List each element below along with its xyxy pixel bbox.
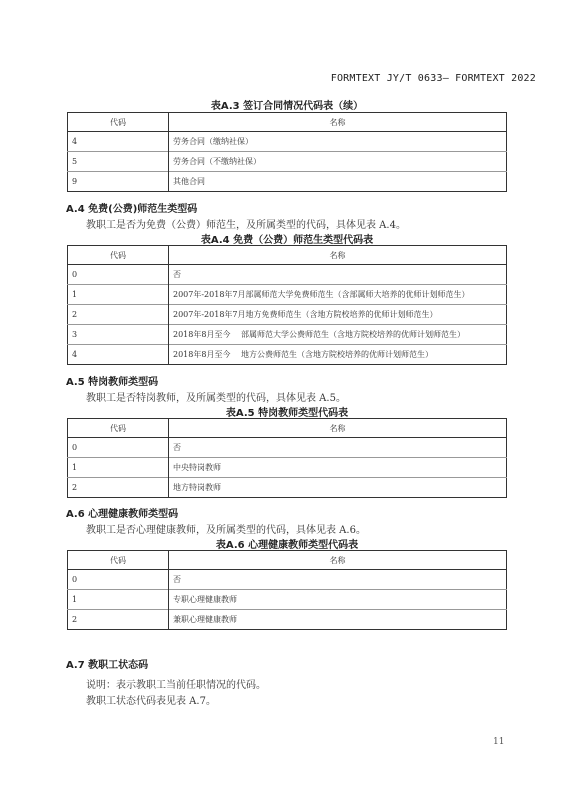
section-a6-heading: A.6 心理健康教师类型码 (66, 505, 178, 520)
table-a3: 代码 名称 4 劳务合同（缴纳社保） 5 劳务合同（不缴纳社保） 9 其他合同 (67, 112, 507, 192)
cell-code: 2 (68, 478, 169, 498)
section-a6-description: 教职工是否心理健康教师，及所属类型的代码，具体见表 A.6。 (86, 521, 366, 536)
cell-code: 1 (68, 590, 169, 610)
table-row: 1 专职心理健康教师 (68, 590, 507, 610)
cell-code: 1 (68, 458, 169, 478)
table-a5-caption: 表A.5 特岗教师类型代码表 (67, 404, 507, 419)
column-header-name: 名称 (169, 246, 507, 265)
cell-name: 地方特岗教师 (169, 478, 507, 498)
section-a5-description: 教职工是否特岗教师，及所属类型的代码，具体见表 A.5。 (86, 389, 346, 404)
section-a7-description-2: 教职工状态代码表见表 A.7。 (86, 692, 216, 707)
cell-code: 1 (68, 285, 169, 305)
cell-name: 2007年-2018年7月部属师范大学免费师范生（含部属师大培养的优师计划师范生… (169, 285, 507, 305)
column-header-code: 代码 (68, 551, 169, 570)
page-number: 11 (493, 737, 504, 747)
table-row: 3 2018年8月至今 部属师范大学公费师范生（含地方院校培养的优师计划师范生） (68, 325, 507, 345)
table-row: 4 劳务合同（缴纳社保） (68, 132, 507, 152)
cell-name: 否 (169, 570, 507, 590)
cell-code: 9 (68, 172, 169, 192)
cell-name: 兼职心理健康教师 (169, 610, 507, 630)
cell-name: 劳务合同（缴纳社保） (169, 132, 507, 152)
cell-code: 4 (68, 345, 169, 365)
table-a4-caption: 表A.4 免费（公费）师范生类型代码表 (67, 231, 507, 246)
table-a6: 代码 名称 0 否 1 专职心理健康教师 2 兼职心理健康教师 (67, 550, 507, 630)
cell-name: 专职心理健康教师 (169, 590, 507, 610)
cell-name: 否 (169, 438, 507, 458)
column-header-code: 代码 (68, 246, 169, 265)
table-row: 0 否 (68, 570, 507, 590)
section-a5-heading: A.5 特岗教师类型码 (66, 373, 158, 388)
table-row: 0 否 (68, 438, 507, 458)
column-header-name: 名称 (169, 419, 507, 438)
table-row: 1 中央特岗教师 (68, 458, 507, 478)
table-a6-caption: 表A.6 心理健康教师类型代码表 (67, 536, 507, 551)
table-row: 9 其他合同 (68, 172, 507, 192)
column-header-code: 代码 (68, 113, 169, 132)
cell-code: 2 (68, 305, 169, 325)
cell-code: 5 (68, 152, 169, 172)
column-header-code: 代码 (68, 419, 169, 438)
cell-name: 其他合同 (169, 172, 507, 192)
section-a7-heading: A.7 教职工状态码 (66, 656, 148, 671)
cell-name: 中央特岗教师 (169, 458, 507, 478)
table-header-row: 代码 名称 (68, 246, 507, 265)
cell-code: 3 (68, 325, 169, 345)
table-row: 5 劳务合同（不缴纳社保） (68, 152, 507, 172)
cell-name: 否 (169, 265, 507, 285)
cell-code: 0 (68, 265, 169, 285)
table-a5: 代码 名称 0 否 1 中央特岗教师 2 地方特岗教师 (67, 418, 507, 498)
cell-name: 2018年8月至今 部属师范大学公费师范生（含地方院校培养的优师计划师范生） (169, 325, 507, 345)
cell-code: 2 (68, 610, 169, 630)
column-header-name: 名称 (169, 551, 507, 570)
table-row: 0 否 (68, 265, 507, 285)
section-a7-description-1: 说明：表示教职工当前任职情况的代码。 (86, 676, 266, 691)
section-a4-description: 教职工是否为免费（公费）师范生，及所属类型的代码，具体见表 A.4。 (86, 216, 406, 231)
column-header-name: 名称 (169, 113, 507, 132)
table-header-row: 代码 名称 (68, 551, 507, 570)
table-row: 2 地方特岗教师 (68, 478, 507, 498)
cell-name: 劳务合同（不缴纳社保） (169, 152, 507, 172)
table-row: 1 2007年-2018年7月部属师范大学免费师范生（含部属师大培养的优师计划师… (68, 285, 507, 305)
table-header-row: 代码 名称 (68, 419, 507, 438)
table-row: 4 2018年8月至今 地方公费师范生（含地方院校培养的优师计划师范生） (68, 345, 507, 365)
cell-code: 0 (68, 570, 169, 590)
table-header-row: 代码 名称 (68, 113, 507, 132)
table-row: 2 兼职心理健康教师 (68, 610, 507, 630)
table-row: 2 2007年-2018年7月地方免费师范生（含地方院校培养的优师计划师范生） (68, 305, 507, 325)
cell-name: 2018年8月至今 地方公费师范生（含地方院校培养的优师计划师范生） (169, 345, 507, 365)
cell-code: 4 (68, 132, 169, 152)
cell-code: 0 (68, 438, 169, 458)
cell-name: 2007年-2018年7月地方免费师范生（含地方院校培养的优师计划师范生） (169, 305, 507, 325)
section-a4-heading: A.4 免费(公费)师范生类型码 (66, 200, 197, 215)
document-code-header: FORMTEXT JY/T 0633— FORMTEXT 2022 (331, 73, 536, 84)
table-a4: 代码 名称 0 否 1 2007年-2018年7月部属师范大学免费师范生（含部属… (67, 245, 507, 365)
table-a3-caption: 表A.3 签订合同情况代码表（续） (67, 97, 507, 112)
